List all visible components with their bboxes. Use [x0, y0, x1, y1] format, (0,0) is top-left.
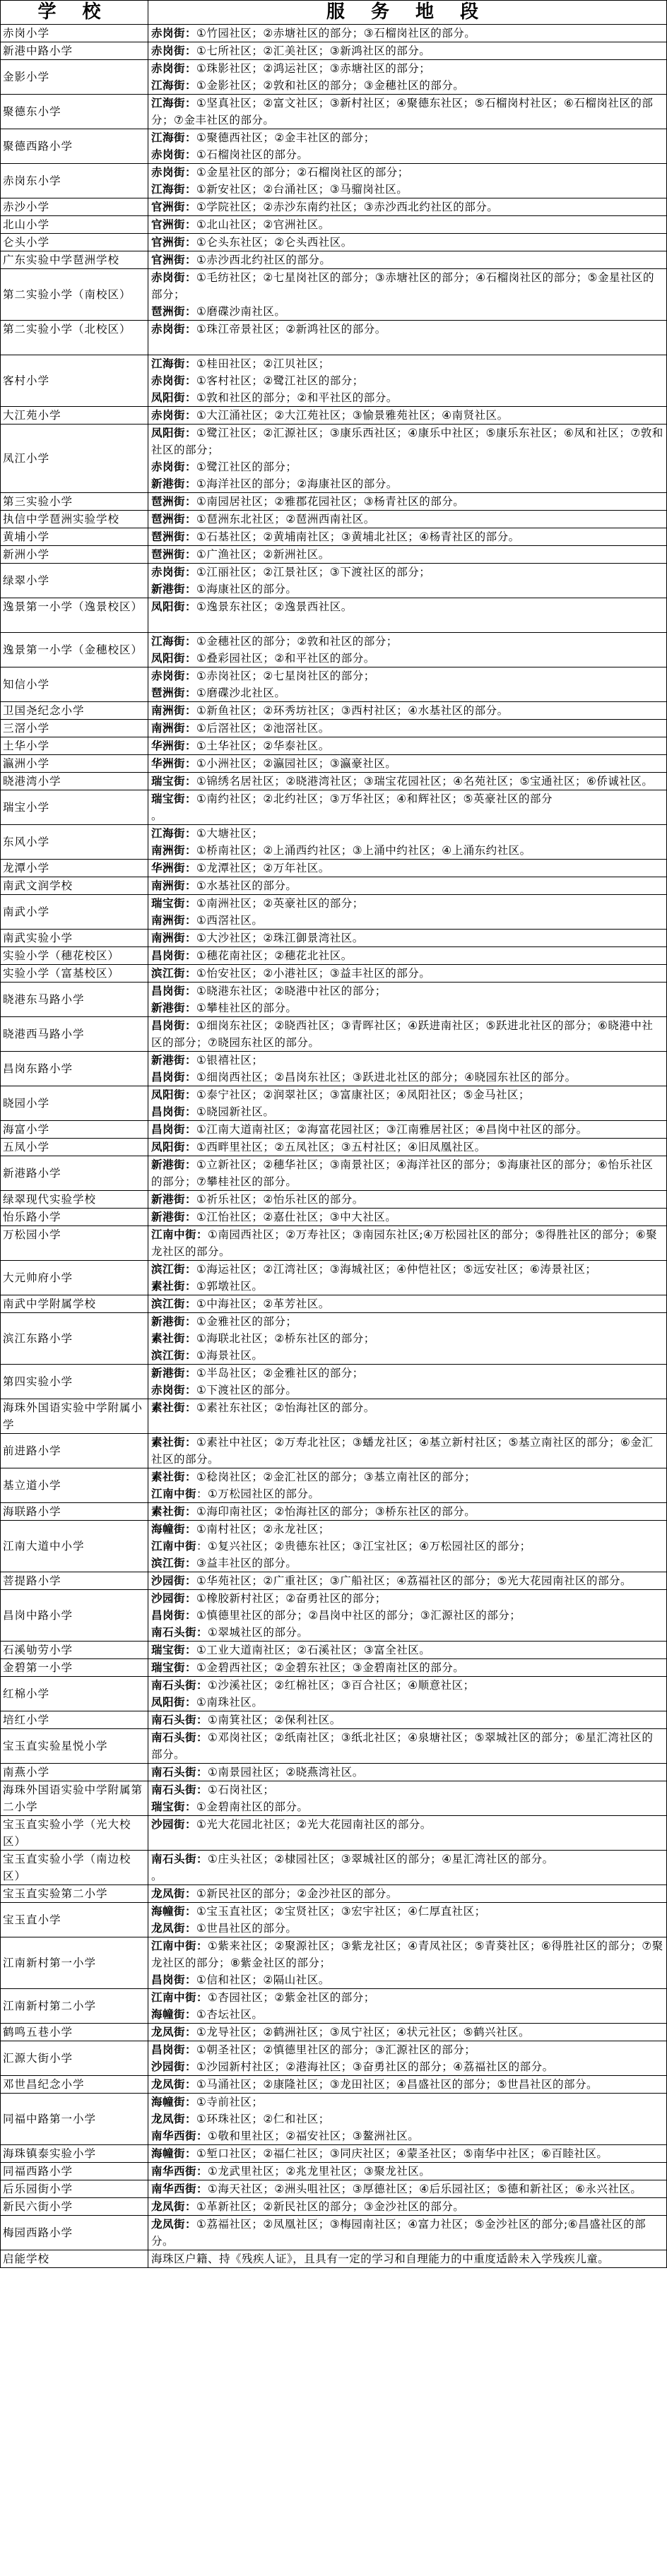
service-area-line: 昌岗街：①信和社区；②隔山社区。 [151, 1971, 664, 1988]
community-list: ①锦绣名居社区；②晓港湾社区；③瑞宝花园社区；④名苑社区；⑤宝通社区；⑥侨诚社区… [196, 775, 653, 788]
school-name-cell: 绿翠小学 [1, 564, 148, 598]
table-row: 执信中学琶洲实验学校琶洲街：①琶洲东北社区；②琶洲西南社区。 [1, 511, 667, 528]
school-name-cell: 聚德西路小学 [1, 129, 148, 164]
community-list: ①南约社区；②北约社区；③万华社区；④和辉社区；⑤英豪社区的部分 [196, 793, 553, 805]
service-area-cell: 赤岗街：①珠影社区；②鸿运社区；③赤塘社区的部分；江海街：①金影社区；②敦和社区… [148, 60, 667, 95]
table-header-row: 学 校 服 务 地 段 [1, 1, 667, 25]
community-list: ①晓港东社区；②晓港中社区的部分； [196, 985, 386, 997]
service-area-line: 南华西街：①龙武里社区；②兆龙里社区；③聚龙社区。 [151, 2163, 664, 2180]
school-name-cell: 南武小学 [1, 895, 148, 930]
service-area-line: 赤岗街：①毛纺社区；②七星岗社区的部分；③赤塘社区的部分；④石榴岗社区的部分；⑤… [151, 269, 664, 303]
service-area-line: 赤岗街：①鹭江社区的部分； [151, 458, 664, 475]
street-name: 凤阳街： [151, 1141, 196, 1153]
community-list: ①沙园新村社区；②港海社区；③奋勇社区的部分；④荔福社区的部分。 [196, 2060, 554, 2073]
community-list: ①南园居社区；②雅郡花园社区；③杨青社区的部分。 [196, 495, 464, 508]
table-row: 南武实验小学南洲街：①大沙社区；②珠江御景湾社区。 [1, 930, 667, 947]
service-area-line: 南石头街：①沙溪社区；②红棉社区；③百合社区；④顺意社区； [151, 1677, 664, 1694]
community-list: ①海运社区；②江湾社区；③海城社区；④仲恺社区；⑤远安社区；⑥涛景社区； [196, 1263, 596, 1276]
street-name: 江海街： [151, 635, 196, 648]
service-area-line: 昌岗街：①江南大道南社区；②海富花园社区；③江南雅居社区；④昌岗中社区的部分。 [151, 1121, 664, 1138]
table-row: 培红小学南石头街：①南箕社区；②保利社区。 [1, 1711, 667, 1729]
service-area-line: 琶洲街：①南园居社区；②雅郡花园社区；③杨青社区的部分。 [151, 493, 664, 510]
service-area-line: 华洲街：①小洲社区；②瀛园社区；③瀛豪社区。 [151, 755, 664, 772]
school-name-cell: 南武实验小学 [1, 930, 148, 947]
service-area-line: 琶洲街：①石基社区；②黄埔南社区；③黄埔北社区；④杨青社区的部分。 [151, 528, 664, 545]
table-row: 北山小学官洲街：①北山社区；②官洲社区。 [1, 216, 667, 234]
street-name: 素社街： [151, 1471, 196, 1483]
service-area-line: 沙园街：①沙园新村社区；②港海社区；③奋勇社区的部分；④荔福社区的部分。 [151, 2058, 664, 2075]
street-name: 江海街： [151, 79, 196, 92]
school-name-cell: 同福西路小学 [1, 2163, 148, 2180]
service-area-cell: 海幢街：①堑口社区；②福仁社区；③同庆社区；④蒙圣社区；⑤南华中社区；⑥百睦社区… [148, 2145, 667, 2163]
service-area-line: 龙凤街：①马涌社区；②康隆社区；③龙田社区；④昌盛社区的部分；⑤世昌社区的部分。 [151, 2076, 664, 2093]
street-name: 江海街： [151, 357, 196, 370]
service-area-cell: 江海街：①金穗社区的部分；②敦和社区的部分；凤阳街：①叠彩园社区；②和平社区的部… [148, 633, 667, 667]
street-name: 龙凤街： [151, 2026, 196, 2038]
table-row: 鹤鸣五巷小学龙凤街：①龙导社区；②鹤洲社区；③凤宁社区；④状元社区；⑤鹤兴社区。 [1, 2024, 667, 2041]
street-name: 滨江街： [151, 1349, 196, 1362]
street-name: 官洲街： [151, 201, 196, 213]
service-area-line: 江南中街：①万松园社区的部分。 [151, 1485, 664, 1502]
school-name-cell: 海珠外国语实验中学附属第二小学 [1, 1781, 148, 1816]
street-name: 琶洲街： [151, 548, 196, 561]
community-list: ①海洋社区的部分；②海康社区的部分。 [196, 477, 398, 490]
school-name-cell: 梅园西路小学 [1, 2216, 148, 2250]
service-area-line: 新港街：①江怡社区；②嘉仕社区；③中大社区。 [151, 1209, 664, 1225]
service-area-line: 瑞宝街：①南约社区；②北约社区；③万华社区；④和辉社区；⑤英豪社区的部分 [151, 790, 664, 807]
service-area-line: 海珠区户籍、持《残疾人证》，且具有一定的学习和自理能力的中重度适龄未入学残疾儿童… [151, 2250, 664, 2267]
street-name: 琶洲街： [151, 687, 196, 699]
service-area-cell: 赤岗街：①赤岗社区；②七星岗社区的部分；琶洲街：①磨碟沙北社区。 [148, 667, 667, 702]
table-row: 第三实验小学琶洲街：①南园居社区；②雅郡花园社区；③杨青社区的部分。 [1, 493, 667, 511]
service-area-line: 素社街：①郭墩社区。 [151, 1278, 664, 1295]
school-name-cell: 赤岗小学 [1, 25, 148, 42]
street-name: 龙凤街： [151, 1922, 196, 1935]
table-row: 广东实验中学琶洲学校官洲街：①赤沙西北约社区的部分。 [1, 251, 667, 269]
street-name: 瑞宝街： [151, 793, 196, 805]
table-row: 晓港东马路小学昌岗街：①晓港东社区；②晓港中社区的部分；新港街：①攀桂社区的部分… [1, 983, 667, 1017]
community-list: ①七所社区；②汇美社区；③新鸿社区的部分。 [196, 44, 430, 57]
street-name: 沙园街： [151, 2060, 196, 2073]
table-row: 海联路小学素社街：①海印南社区；②怡海社区的部分；③桥东社区的部分。 [1, 1503, 667, 1521]
service-area-line: 江海街：①金影社区；②敦和社区的部分；③金穗社区的部分。 [151, 77, 664, 94]
community-list: ①紫来社区；②聚源社区；③紫龙社区；④青凤社区；⑤青葵社区；⑥得胜社区的部分；⑦… [151, 1940, 663, 1969]
street-name: 凤阳街： [151, 1696, 196, 1709]
service-area-line: 华洲街：①龙潭社区；②万年社区。 [151, 860, 664, 877]
community-list: ①杏园社区；②紫金社区的部分； [208, 1991, 375, 2004]
table-row: 南武中学附属学校滨江街：①中海社区；②革芳社区。 [1, 1295, 667, 1313]
service-area-cell: 海珠区户籍、持《残疾人证》，且具有一定的学习和自理能力的中重度适龄未入学残疾儿童… [148, 2250, 667, 2268]
street-name: 新港街： [151, 1054, 196, 1067]
street-name: 官洲街： [151, 254, 196, 266]
service-area-line: 昌岗街：①细岗西社区；②昌岗东社区；③跃进北社区的部分；④晓园东社区的部分。 [151, 1069, 664, 1086]
school-name-cell: 石溪劬劳小学 [1, 1642, 148, 1659]
service-area-line: 凤阳街：①泰宁社区；②润翠社区；③富康社区；④凤阳社区；⑤金马社区； [151, 1086, 664, 1103]
community-list: ①杏坛社区。 [196, 2008, 263, 2021]
school-name-cell: 瑞宝小学 [1, 790, 148, 825]
street-name: 沙园街： [151, 1818, 196, 1831]
street-name: 江南中街： [151, 1940, 208, 1952]
table-row: 晓园小学凤阳街：①泰宁社区；②润翠社区；③富康社区；④凤阳社区；⑤金马社区；昌岗… [1, 1086, 667, 1121]
service-area-cell: 沙园街：①华苑社区；②广重社区；③广船社区；④荔福社区的部分；⑤光大花园南社区的… [148, 1572, 667, 1590]
street-name: 赤岗街： [151, 148, 196, 161]
service-area-line: 南洲街：①后滘社区；②池滘社区。 [151, 720, 664, 737]
service-area-line: 赤岗街：①下渡社区的部分。 [151, 1382, 664, 1399]
school-name-cell: 卫国尧纪念小学 [1, 702, 148, 720]
community-list: ①海景社区。 [196, 1349, 263, 1362]
community-list: ①琶洲东北社区；②琶洲西南社区。 [196, 513, 375, 526]
service-area-cell: 赤岗街：①七所社区；②汇美社区；③新鸿社区的部分。 [148, 42, 667, 60]
community-list: ①稔岗社区；②金汇社区的部分；③基立南社区的部分； [196, 1471, 476, 1483]
table-row: 昌岗中路小学沙园街：①橡胶新村社区；②奋勇社区的部分；昌岗街：①慎德里社区的部分… [1, 1590, 667, 1642]
community-list: ③益丰社区的部分。 [196, 1557, 297, 1569]
school-name-cell: 启能学校 [1, 2250, 148, 2268]
service-area-line: 江南中街：①紫来社区；②聚源社区；③紫龙社区；④青凤社区；⑤青葵社区；⑥得胜社区… [151, 1937, 664, 1971]
table-row: 晓港西马路小学昌岗街：①细岗东社区；②晓西社区；③青晖社区；④跃进南社区；⑤跃进… [1, 1017, 667, 1052]
street-name: 南石头街： [151, 1626, 208, 1639]
community-list: ①赤沙西北约社区的部分。 [196, 254, 331, 266]
table-row: 绿翠现代实验学校新港街：①祈乐社区；②怡乐社区的部分。 [1, 1191, 667, 1209]
service-area-cell: 赤岗街：①珠江帝景社区；②新鸿社区的部分。 [148, 321, 667, 355]
community-list: ①龙潭社区；②万年社区。 [196, 862, 330, 874]
school-name-cell: 实验小学（富基校区） [1, 965, 148, 983]
street-name: 沙园街： [151, 1592, 196, 1605]
community-list: ①客村社区；②鹭江社区的部分； [196, 374, 364, 387]
service-area-cell: 瑞宝街：①工业大道南社区；②石溪社区；③富全社区。 [148, 1642, 667, 1659]
street-name: 滨江街： [151, 967, 196, 980]
service-area-line: 赤岗街：①江丽社区；②江景社区；③下渡社区的部分； [151, 564, 664, 581]
community-list: ①南洲社区；②英豪社区的部分； [196, 897, 364, 910]
service-area-cell: 江海街：①聚德西社区；②金丰社区的部分；赤岗街：①石榴岗社区的部分。 [148, 129, 667, 164]
service-area-line: 素社街：①素社中社区；②万寿北社区；③蟠龙社区；④基立新村社区；⑤基立南社区的部… [151, 1434, 664, 1468]
street-name: 赤岗街： [151, 409, 196, 422]
service-area-cell: 华洲街：①土华社区；②华泰社区。 [148, 737, 667, 755]
street-name: 素社街： [151, 1280, 196, 1293]
street-name: 赤岗街： [151, 62, 196, 75]
service-area-cell: 江海街：①桂田社区；②江贝社区；赤岗街：①客村社区；②鹭江社区的部分；凤阳街：①… [148, 355, 667, 407]
service-area-line: 官洲街：①仑头东社区；②仑头西社区。 [151, 234, 664, 251]
community-list: ①大江涌社区；②大江苑社区；③愉景雅苑社区；④南贤社区。 [196, 409, 509, 422]
school-name-cell: 金影小学 [1, 60, 148, 95]
service-area-line: 赤岗街：①赤岗社区；②七星岗社区的部分； [151, 667, 664, 684]
community-list: ①世昌社区的部分。 [196, 1922, 297, 1935]
street-name: 海幢街： [151, 2008, 196, 2021]
service-area-cell: 新港街：①半岛社区；②金雅社区的部分；赤岗街：①下渡社区的部分。 [148, 1365, 667, 1399]
service-area-line: 新港街：①攀桂社区的部分。 [151, 999, 664, 1016]
street-name: 昌岗街： [151, 1123, 196, 1136]
service-area-line: 赤岗街：①石榴岗社区的部分。 [151, 146, 664, 163]
street-name: 官洲街： [151, 218, 196, 231]
table-row: 仑头小学官洲街：①仑头东社区；②仑头西社区。 [1, 234, 667, 251]
service-area-cell: 华洲街：①龙潭社区；②万年社区。 [148, 860, 667, 877]
community-list: ①朝圣社区；②慎德里社区的部分；③汇源社区的部分； [196, 2043, 476, 2056]
community-list: ：①复兴社区；②贵德东社区；③江宝社区；④万松园社区的部分； [196, 1540, 531, 1553]
community-list: ①南景园社区；②晓燕湾社区。 [208, 1766, 364, 1779]
community-list: ①海联北社区；②桥东社区的部分； [196, 1332, 375, 1345]
service-area-cell: 瑞宝街：①金碧西社区；②金碧东社区；③金碧南社区的部分。 [148, 1659, 667, 1677]
school-name-cell: 昌岗中路小学 [1, 1590, 148, 1642]
service-area-line: 海幢街：①南村社区；②永龙社区； [151, 1521, 664, 1538]
community-list: ①赤岗社区；②七星岗社区的部分； [196, 670, 375, 682]
school-name-cell: 大元帅府小学 [1, 1261, 148, 1295]
street-name: 龙凤街： [151, 2200, 196, 2213]
service-area-line: 赤岗街：①大江涌社区；②大江苑社区；③愉景雅苑社区；④南贤社区。 [151, 407, 664, 424]
service-area-line: 沙园街：①光大花园北社区；②光大花园南社区的部分。 [151, 1816, 664, 1833]
street-name: 江海街： [151, 827, 196, 840]
service-area-cell: 南洲街：①水基社区的部分。 [148, 877, 667, 895]
community-list: ①坚真社区；②富文社区；③新村社区；④聚德东社区；⑤石榴岗村社区；⑥石榴岗社区的… [151, 97, 653, 126]
service-area-cell: 南石头街：①南景园社区；②晓燕湾社区。 [148, 1764, 667, 1781]
table-row: 汇源大街小学昌岗街：①朝圣社区；②慎德里社区的部分；③汇源社区的部分；沙园街：①… [1, 2041, 667, 2076]
street-name: 瑞宝街： [151, 897, 196, 910]
community-list: ①细岗东社区；②晓西社区；③青晖社区；④跃进南社区；⑤跃进北社区的部分；⑥晓港中… [151, 1019, 653, 1049]
community-list: ①敬和里社区；②福安社区；③鳌洲社区。 [208, 2130, 419, 2142]
school-name-cell: 晓港西马路小学 [1, 1017, 148, 1052]
community-list: 海珠区户籍、持《残疾人证》，且具有一定的学习和自理能力的中重度适龄未入学残疾儿童… [151, 2252, 609, 2265]
school-name-cell: 海珠镇泰实验小学 [1, 2145, 148, 2163]
school-name-cell: 海联路小学 [1, 1503, 148, 1521]
community-list: ①鹭江社区；②汇源社区；③康乐西社区；④康乐中社区；⑤康乐东社区；⑥凤和社区；⑦… [151, 427, 663, 456]
community-list: ①桂田社区；②江贝社区； [196, 357, 330, 370]
service-area-cell: 新港街：①江怡社区；②嘉仕社区；③中大社区。 [148, 1209, 667, 1226]
table-row: 第二实验小学（南校区）赤岗街：①毛纺社区；②七星岗社区的部分；③赤塘社区的部分；… [1, 269, 667, 321]
community-list: ①工业大道南社区；②石溪社区；③富全社区。 [196, 1644, 430, 1656]
street-name: 南洲街： [151, 844, 196, 857]
school-name-cell: 同福中路第一小学 [1, 2094, 148, 2145]
service-area-line: 滨江街：①怡安社区；②小港社区；③益丰社区的部分。 [151, 965, 664, 982]
street-name: 凤阳街： [151, 600, 196, 613]
street-name: 华洲街： [151, 757, 196, 770]
school-name-cell: 晓港湾小学 [1, 773, 148, 790]
table-row: 宝玉直小学海幢街：①宝玉直社区；②宝贤社区；③宏宇社区；④仁厚直社区；龙凤街：①… [1, 1903, 667, 1937]
street-name: 新港街： [151, 1002, 196, 1014]
table-row: 金影小学赤岗街：①珠影社区；②鸿运社区；③赤塘社区的部分；江海街：①金影社区；②… [1, 60, 667, 95]
table-row: 大江苑小学赤岗街：①大江涌社区；②大江苑社区；③愉景雅苑社区；④南贤社区。 [1, 407, 667, 425]
service-area-cell: 素社街：①素社东社区；②怡海社区的部分。 [148, 1399, 667, 1434]
community-list: ①叠彩园社区；②和平社区的部分。 [196, 652, 375, 665]
street-name: 昌岗街： [151, 1071, 196, 1084]
community-list: ①敦和社区的部分；②和平社区的部分。 [196, 391, 398, 404]
school-name-cell: 晓园小学 [1, 1086, 148, 1121]
community-list: ①西滘社区。 [196, 914, 263, 927]
table-row: 赤岗东小学赤岗街：①金星社区的部分；②石榴岗社区的部分；江海街：①新安社区；②台… [1, 164, 667, 198]
community-list: ①马涌社区；②康隆社区；③龙田社区；④昌盛社区的部分；⑤世昌社区的部分。 [196, 2078, 598, 2091]
service-area-line: 凤阳街：①鹭江社区；②汇源社区；③康乐西社区；④康乐中社区；⑤康乐东社区；⑥凤和… [151, 425, 664, 458]
table-row: 怡乐路小学新港街：①江怡社区；②嘉仕社区；③中大社区。 [1, 1209, 667, 1226]
service-area-line: 龙凤街：①荔福社区；②凤凰社区；③梅园南社区；④富力社区；⑤金沙社区的部分;⑥昌… [151, 2216, 664, 2250]
service-area-cell: 海幢街：①南村社区；②永龙社区；江南中街：①复兴社区；②贵德东社区；③江宝社区；… [148, 1521, 667, 1572]
service-area-line: 昌岗街：①晓园新社区。 [151, 1103, 664, 1120]
school-name-cell: 赤沙小学 [1, 198, 148, 216]
table-row: 知信小学赤岗街：①赤岗社区；②七星岗社区的部分；琶洲街：①磨碟沙北社区。 [1, 667, 667, 702]
community-list: ①新民社区的部分；②金沙社区的部分。 [196, 1887, 398, 1900]
service-area-line: 江海街：①桂田社区；②江贝社区； [151, 355, 664, 372]
street-name: 昌岗街： [151, 2043, 196, 2056]
community-list: ①攀桂社区的部分。 [196, 1002, 297, 1014]
service-area-cell: 素社街：①海印南社区；②怡海社区的部分；③桥东社区的部分。 [148, 1503, 667, 1521]
service-area-line: 昌岗街：①晓港东社区；②晓港中社区的部分； [151, 983, 664, 999]
street-name: 江南中街： [151, 1991, 208, 2004]
table-row: 基立道小学素社街：①稔岗社区；②金汇社区的部分；③基立南社区的部分；江南中街：①… [1, 1468, 667, 1503]
service-area-line: 凤阳街：①西畔里社区；②五凤社区；③五村社区；④旧凤凰社区。 [151, 1139, 664, 1156]
street-name: 海幢街： [151, 2147, 196, 2160]
service-area-line: 滨江街：①海运社区；②江湾社区；③海城社区；④仲恺社区；⑤远安社区；⑥涛景社区； [151, 1261, 664, 1278]
table-row: 江南新村第一小学江南中街：①紫来社区；②聚源社区；③紫龙社区；④青凤社区；⑤青葵… [1, 1937, 667, 1989]
community-list: ①革新社区；②新民社区的部分；③金沙社区的部分。 [196, 2200, 464, 2213]
service-area-cell: 龙凤街：①革新社区；②新民社区的部分；③金沙社区的部分。 [148, 2198, 667, 2216]
service-area-line: 官洲街：①赤沙西北约社区的部分。 [151, 251, 664, 268]
school-name-cell: 江南新村第一小学 [1, 1937, 148, 1989]
service-area-cell: 官洲街：①赤沙西北约社区的部分。 [148, 251, 667, 269]
community-list: ①磨碟沙南社区。 [196, 305, 285, 318]
service-area-line: 海幢街：①寺前社区； [151, 2094, 664, 2111]
service-area-line: 龙凤街：①环珠社区；②仁和社区； [151, 2111, 664, 2127]
service-area-cell: 昌岗街：①细岗东社区；②晓西社区；③青晖社区；④跃进南社区；⑤跃进北社区的部分；… [148, 1017, 667, 1052]
school-name-cell: 汇源大街小学 [1, 2041, 148, 2076]
community-list: ①金穗社区的部分；②敦和社区的部分； [196, 635, 398, 648]
community-list: ①磨碟沙北社区。 [196, 687, 285, 699]
service-area-cell: 琶洲街：①广渔社区；②新洲社区。 [148, 546, 667, 564]
street-name: 滨江街： [151, 1263, 196, 1276]
table-row: 赤沙小学官洲街：①学院社区；②赤沙东南约社区；③赤沙西北约社区的部分。 [1, 198, 667, 216]
street-name: 南石头街： [151, 1679, 208, 1692]
community-list: ①穗花南社区；②穗花北社区。 [196, 949, 353, 962]
service-area-line: 华洲街：①土华社区；②华泰社区。 [151, 737, 664, 754]
service-area-line: 南石头街：①南箕社区；②保利社区。 [151, 1711, 664, 1728]
table-row: 新港中路小学赤岗街：①七所社区；②汇美社区；③新鸿社区的部分。 [1, 42, 667, 60]
service-area-cell: 海幢街：①寺前社区；龙凤街：①环珠社区；②仁和社区；南华西街：①敬和里社区；②福… [148, 2094, 667, 2145]
street-name: 龙凤街： [151, 2113, 196, 2125]
street-name: 昌岗街： [151, 1609, 196, 1622]
street-name: 海幢街： [151, 1523, 196, 1536]
school-name-cell: 红棉小学 [1, 1677, 148, 1711]
street-name: 素社街： [151, 1436, 196, 1449]
school-name-cell: 新港中路小学 [1, 42, 148, 60]
table-row: 绿翠小学赤岗街：①江丽社区；②江景社区；③下渡社区的部分；新港街：①海康社区的部… [1, 564, 667, 598]
service-area-line: 海幢街：①杏坛社区。 [151, 2006, 664, 2023]
community-list: ①龙武里社区；②兆龙里社区；③聚龙社区。 [208, 2165, 430, 2178]
table-row: 新洲小学琶洲街：①广渔社区；②新洲社区。 [1, 546, 667, 564]
school-name-cell: 广东实验中学琶洲学校 [1, 251, 148, 269]
community-list: ①郭墩社区。 [196, 1280, 263, 1293]
service-area-line: 昌岗街：①穗花南社区；②穗花北社区。 [151, 947, 664, 964]
street-name: 凤阳街： [151, 391, 196, 404]
community-list: ①金星社区的部分；②石榴岗社区的部分； [196, 166, 409, 179]
trailing-punctuation: 。 [151, 807, 664, 824]
community-list: ①半岛社区；②金雅社区的部分； [196, 1367, 364, 1379]
service-area-cell: 赤岗街：①竹园社区；②赤塘社区的部分；③石榴岗社区的部分。 [148, 25, 667, 42]
school-name-cell: 聚德东小学 [1, 95, 148, 129]
school-name-cell: 知信小学 [1, 667, 148, 702]
community-list: ①银禧社区； [196, 1054, 263, 1067]
community-list: ①新安社区；②台涌社区；③马骝岗社区。 [196, 183, 408, 196]
street-name: 南石头街： [151, 1714, 208, 1726]
community-list: ①环珠社区；②仁和社区； [196, 2113, 330, 2125]
school-name-cell: 昌岗东路小学 [1, 1052, 148, 1086]
service-area-cell: 新港街：①金雅社区的部分；素社街：①海联北社区；②桥东社区的部分；滨江街：①海景… [148, 1313, 667, 1365]
table-row: 赤岗小学赤岗街：①竹园社区；②赤塘社区的部分；③石榴岗社区的部分。 [1, 25, 667, 42]
service-area-cell: 南石头街：①南箕社区；②保利社区。 [148, 1711, 667, 1729]
service-area-line: 南洲街：①大沙社区；②珠江御景湾社区。 [151, 930, 664, 946]
service-area-cell: 凤阳街：①泰宁社区；②润翠社区；③富康社区；④凤阳社区；⑤金马社区；昌岗街：①晓… [148, 1086, 667, 1121]
school-name-cell: 北山小学 [1, 216, 148, 234]
service-area-cell: 素社街：①素社中社区；②万寿北社区；③蟠龙社区；④基立新村社区；⑤基立南社区的部… [148, 1434, 667, 1468]
table-row: 凤江小学凤阳街：①鹭江社区；②汇源社区；③康乐西社区；④康乐中社区；⑤康乐东社区… [1, 425, 667, 493]
service-area-line: 沙园街：①华苑社区；②广重社区；③广船社区；④荔福社区的部分；⑤光大花园南社区的… [151, 1572, 664, 1589]
community-list: ①慎德里社区的部分；②昌岗中社区的部分；③汇源社区的部分； [196, 1609, 521, 1622]
street-name: 南华西街： [151, 2130, 208, 2142]
street-name: 南石头街： [151, 1783, 208, 1796]
street-name: 南石头街： [151, 1766, 208, 1779]
school-name-cell: 第四实验小学 [1, 1365, 148, 1399]
street-name: 江南中街： [151, 1228, 208, 1241]
community-list: ①细岗西社区；②昌岗东社区；③跃进北社区的部分；④晓园东社区的部分。 [196, 1071, 577, 1084]
community-list: ①海康社区的部分。 [196, 583, 297, 595]
community-list: ①海天社区；②洲头咀社区；③厚德社区；④后乐园社区；⑤德和新社区；⑥永兴社区。 [208, 2183, 642, 2195]
table-row: 聚德西路小学江海街：①聚德西社区；②金丰社区的部分；赤岗街：①石榴岗社区的部分。 [1, 129, 667, 164]
community-list: ①土华社区；②华泰社区。 [196, 740, 330, 752]
service-area-line: 南石头街：①庄头社区；②棣园社区；③翠城社区的部分；④星汇湾社区的部分。 [151, 1851, 664, 1868]
school-name-cell: 鹤鸣五巷小学 [1, 2024, 148, 2041]
community-list: ①竹园社区；②赤塘社区的部分；③石榴岗社区的部分。 [196, 27, 476, 40]
school-name-cell: 前进路小学 [1, 1434, 148, 1468]
community-list: ①金碧西社区；②金碧东社区；③金碧南社区的部分。 [196, 1661, 464, 1674]
street-name: 新港街： [151, 1158, 196, 1171]
service-area-line: 江海街：①大塘社区； [151, 825, 664, 842]
school-name-cell: 万松园小学 [1, 1226, 148, 1261]
service-area-cell: 江南中街：①紫来社区；②聚源社区；③紫龙社区；④青凤社区；⑤青葵社区；⑥得胜社区… [148, 1937, 667, 1989]
table-row: 土华小学华洲街：①土华社区；②华泰社区。 [1, 737, 667, 755]
table-row: 大元帅府小学滨江街：①海运社区；②江湾社区；③海城社区；④仲恺社区；⑤远安社区；… [1, 1261, 667, 1295]
service-area-cell: 琶洲街：①琶洲东北社区；②琶洲西南社区。 [148, 511, 667, 528]
service-area-line: 素社街：①素社东社区；②怡海社区的部分。 [151, 1399, 664, 1416]
school-name-cell: 怡乐路小学 [1, 1209, 148, 1226]
street-name: 赤岗街： [151, 27, 196, 40]
service-area-line: 琶洲街：①广渔社区；②新洲社区。 [151, 546, 664, 563]
service-area-cell: 官洲街：①学院社区；②赤沙东南约社区；③赤沙西北约社区的部分。 [148, 198, 667, 216]
street-name: 沙园街： [151, 1574, 196, 1587]
service-area-cell: 滨江街：①海运社区；②江湾社区；③海城社区；④仲恺社区；⑤远安社区；⑥涛景社区；… [148, 1261, 667, 1295]
street-name: 凤阳街： [151, 1088, 196, 1101]
service-area-cell: 江海街：①坚真社区；②富文社区；③新村社区；④聚德东社区；⑤石榴岗村社区；⑥石榴… [148, 95, 667, 129]
community-list: ①立新社区；②穗华社区；③南景社区；④海洋社区的部分；⑤海康社区的部分；⑥怡乐社… [151, 1158, 653, 1188]
street-name: 海幢街： [151, 2096, 196, 2108]
community-list: ①金雅社区的部分； [196, 1315, 297, 1328]
service-area-cell: 南洲街：①新鱼社区；②环秀坊社区；③西村社区；④水基社区的部分。 [148, 702, 667, 720]
table-row: 梅园西路小学龙凤街：①荔福社区；②凤凰社区；③梅园南社区；④富力社区；⑤金沙社区… [1, 2216, 667, 2250]
table-row: 卫国尧纪念小学南洲街：①新鱼社区；②环秀坊社区；③西村社区；④水基社区的部分。 [1, 702, 667, 720]
service-area-cell: 昌岗街：①江南大道南社区；②海富花园社区；③江南雅居社区；④昌岗中社区的部分。 [148, 1121, 667, 1139]
street-name: 瑞宝街： [151, 1661, 196, 1674]
service-area-line: 滨江街：①中海社区；②革芳社区。 [151, 1295, 664, 1312]
service-area-line: 昌岗街：①细岗东社区；②晓西社区；③青晖社区；④跃进南社区；⑤跃进北社区的部分；… [151, 1017, 664, 1051]
service-area-line: 南洲街：①水基社区的部分。 [151, 877, 664, 894]
community-list: ①龙导社区；②鹤洲社区；③凤宁社区；④状元社区；⑤鹤兴社区。 [196, 2026, 530, 2038]
table-row: 南武小学瑞宝街：①南洲社区；②英豪社区的部分；南洲街：①西滘社区。 [1, 895, 667, 930]
table-row: 瑞宝小学瑞宝街：①南约社区；②北约社区；③万华社区；④和辉社区；⑤英豪社区的部分… [1, 790, 667, 825]
table-row: 实验小学（富基校区）滨江街：①怡安社区；②小港社区；③益丰社区的部分。 [1, 965, 667, 983]
service-area-line: 赤岗街：①客村社区；②鹭江社区的部分； [151, 372, 664, 389]
street-name: 昌岗街： [151, 1973, 196, 1986]
street-name: 琶洲街： [151, 495, 196, 508]
table-row: 宝玉直实验星悦小学南石头街：①邓岗社区；②纸南社区；③纸北社区；④泉塘社区；⑤翠… [1, 1729, 667, 1764]
street-name: 新港街： [151, 1315, 196, 1328]
community-list: ①西畔里社区；②五凤社区；③五村社区；④旧凤凰社区。 [196, 1141, 486, 1153]
service-area-cell: 赤岗街：①江丽社区；②江景社区；③下渡社区的部分；新港街：①海康社区的部分。 [148, 564, 667, 598]
school-name-cell: 新民六街小学 [1, 2198, 148, 2216]
school-name-cell: 三滘小学 [1, 720, 148, 737]
service-area-cell: 琶洲街：①石基社区；②黄埔南社区；③黄埔北社区；④杨青社区的部分。 [148, 528, 667, 546]
